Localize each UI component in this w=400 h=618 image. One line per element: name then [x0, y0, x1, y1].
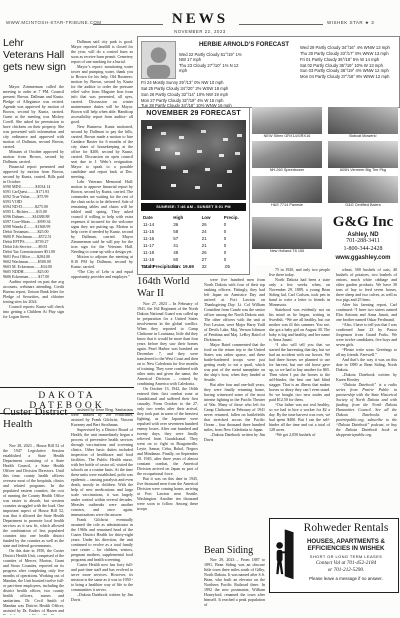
equipment-caption: NH-260 Speedrower — [252, 168, 322, 172]
table-row: 11-14 36 26 0 — [141, 221, 246, 228]
forecast-title: HERBIE ARNOLD’S FORECAST — [178, 42, 310, 48]
body-paragraph: Mayor Zimmerman called the meeting to or… — [3, 84, 64, 149]
forecast-line: Wed 22 Partly Cloudy 51°/19° 1% NW 17 mp… — [179, 52, 247, 63]
forecast-line: Thu 30 Partly Cloudy 33°/17° 8% WNW 13 m… — [300, 51, 397, 56]
equipment-photo — [252, 176, 322, 203]
gg-company-name: G&G Inc — [328, 215, 398, 230]
equipment-caption: H&S 7714 Panesie — [252, 203, 322, 207]
table-row: 11-16 57 21 0 — [141, 235, 246, 242]
equipment-caption: NEW Sitrex GRX14/GRX16 — [252, 134, 322, 138]
equipment-photo-cell: NH-260 Speedrower — [252, 141, 322, 172]
cell-high: 36 — [173, 222, 201, 227]
body-paragraph: Auditor reported on past due avg account… — [3, 279, 64, 304]
map-title: NOVEMBER 29 FORECAST — [138, 110, 249, 117]
rohweder-line-1: HOUSES, APARTMENTS & EFFICIENCIES IN WIS… — [296, 538, 396, 552]
body-paragraph: Dallman said city park is good. Mayor re… — [71, 39, 133, 64]
col-header-low: Low — [202, 215, 224, 220]
body-paragraph: Nov 28, 2023 – House Bill 52 of the 1947… — [3, 443, 64, 548]
forecast-line: Mon 04 Partly Cloudy 37°/18° 8% WNW 12 m… — [300, 74, 397, 79]
masthead-rule-left — [93, 24, 163, 25]
forecast-map-box: NOVEMBER 29 FORECAST SUNRISE: 7:46 AM - … — [137, 107, 250, 275]
climate-table-header: Date High Low Precip. — [141, 214, 246, 221]
cell-precip: 0 — [224, 250, 244, 255]
climate-table: Date High Low Precip. 11-14 36 26 0 11-1… — [141, 214, 246, 270]
body-paragraph: Lehr Veterans Memorial Hall: motion to a… — [71, 179, 133, 254]
cell-low: 26 — [202, 250, 224, 255]
body-paragraph: “We got 2,050 bushels of — [269, 432, 330, 437]
cell-high: 57 — [173, 236, 201, 241]
cell-low: 21 — [202, 236, 224, 241]
tractor-photo-cell: New Holland T8 155 — [252, 217, 322, 253]
bean-column-start: Nov 29, 2023 – From 1887 to 1891, Bean S… — [204, 557, 265, 615]
cell-high: 41 — [173, 243, 201, 248]
portrait-avatar-icon — [142, 42, 175, 78]
cell-precip: 0 — [224, 229, 244, 234]
equipment-photo — [328, 141, 398, 168]
total-precipitation: Total Precipitation: 19.69 — [141, 264, 194, 269]
equipment-photo-cell: H&S 7714 Panesie — [252, 176, 322, 207]
forecast-line: Fri 24 Mostly Sunny 29°/13° 0% NW 10 mph — [141, 80, 273, 85]
lehr-headline: Lehr Veterans Hall gets new sign — [3, 38, 67, 73]
cell-low: 27 — [202, 257, 224, 262]
rohweder-phone-line-2: or 701-212-5290. — [296, 567, 396, 574]
body-paragraph: Minutes of October approved by motion fr… — [3, 149, 64, 164]
cell-low: 26 — [202, 222, 224, 227]
body-paragraph: Nov 29, 2023 – From 1887 to 1891, Bean S… — [204, 557, 265, 607]
body-paragraph: Custer Health now has forty full- and pa… — [71, 562, 133, 592]
map-temperature-labels — [147, 126, 152, 129]
tractor-photo — [252, 217, 322, 249]
body-paragraph: “Our father was not real healthy, so we … — [269, 402, 330, 432]
war-column-2: were five hundred men from North Dakota … — [204, 277, 265, 542]
body-paragraph: Frank Gilchrist eventually assumed the r… — [71, 517, 133, 562]
war-column-1: Nov 27, 2023 – In February of 1941, the … — [137, 301, 198, 614]
body-paragraph: Financial report presented and approved … — [3, 164, 64, 184]
equipment-photo-cell: NEW Sitrex GRX14/GRX16 — [252, 107, 322, 138]
section-title: NEWS — [158, 11, 242, 28]
rohweder-rentals-ad: Rohweder Rentals HOUSES, APARTMENTS & EF… — [269, 518, 399, 593]
body-paragraph: were five hundred men from North Dakota … — [204, 277, 265, 342]
cell-precip: 0 — [224, 257, 244, 262]
issue-date: NOVEMBER 22, 2023 — [158, 29, 242, 34]
forecaster-photo — [141, 41, 176, 79]
equipment-photo-cell: G&G Certified Balers — [328, 176, 398, 207]
body-paragraph: assisted by Irene Berg. Sanitarians were… — [71, 407, 133, 427]
forecast-lines-left: Wed 22 Partly Cloudy 51°/19° 1% NW 17 mp… — [179, 52, 247, 74]
forecast-line: Fri 01 Partly Cloudy 36°/18° 5% W 14 mph — [300, 57, 397, 62]
gg-phone-2: 1-800-344-2428 — [328, 246, 398, 254]
body-paragraph: And that’s the way it was on this date i… — [336, 357, 397, 372]
table-row: 11-19 60 27 0 — [141, 256, 246, 263]
forecast-line: Sat 02 Partly Cloudy 36°/19° 10% W 13 mp… — [300, 63, 397, 68]
forecast-line: Mon 27 Partly Cloudy 32°/19° 4% W 15 mph — [141, 98, 273, 103]
equipment-photo — [252, 107, 322, 134]
body-paragraph: New Business: Kuntz motioned, second by … — [71, 124, 133, 179]
cell-high: 58 — [173, 229, 201, 234]
sunrise-sunset-bar: SUNRISE: 7:46 AM - SUNSET 5:01 PM — [141, 203, 246, 211]
cell-low: 21 — [202, 243, 224, 248]
cell-high: 48 — [173, 250, 201, 255]
equipment-caption: G&G Certified Balers — [328, 203, 398, 207]
custer-column-2: assisted by Irene Berg. Sanitarians were… — [71, 407, 133, 615]
body-paragraph: North Dakota had been a state only a few… — [269, 277, 330, 307]
bean-headline: Bean Siding — [204, 545, 266, 556]
col-header-high: High — [173, 215, 201, 220]
body-paragraph: “The City of Lehr is and equal opportuni… — [71, 269, 133, 279]
cell-precip: 0 — [224, 236, 244, 241]
equipment-caption: Bobcat Mowers! — [328, 134, 398, 138]
body-paragraph: –Dakota Datebook written by Jim Davis — [71, 592, 133, 602]
table-row: 11-17 41 21 0 — [141, 242, 246, 249]
body-paragraph: “Please write soon. Greetings to all my … — [336, 347, 397, 357]
bean-column-1: 75 in 1920, and only two people live the… — [269, 267, 330, 516]
body-paragraph: “Dakota Datebook” is a radio series from… — [336, 382, 397, 437]
body-paragraph: Council reports: Kuntz will check into g… — [3, 304, 64, 319]
table-row: 11-18 48 26 0 — [141, 249, 246, 256]
gg-phone-1: 701-288-3411 — [328, 238, 398, 246]
forecast-line: Sat 25 Partly Cloudy 34°/20° 2% WSW 18 m… — [141, 86, 273, 91]
forecast-box: HERBIE ARNOLD’S FORECAST Wed 22 Partly C… — [137, 36, 400, 108]
body-paragraph: On October 13, 1942, the 164th entered t… — [137, 386, 198, 476]
war-headline: 164th World War II — [137, 276, 201, 300]
body-paragraph: On this date in 1950, the Custer Distric… — [3, 548, 64, 615]
rohweder-line-2: SHORT OR LONG TERM LEASES — [296, 554, 396, 559]
body-paragraph: Statehood was evidently not on his mind … — [269, 307, 330, 342]
forecast-lines-bottom: Fri 24 Mostly Sunny 29°/13° 0% NW 10 mph… — [141, 80, 273, 109]
door-person-icon — [273, 527, 295, 585]
gg-equipment-ad: NEW Sitrex GRX14/GRX16 Bobcat Mowers! NH… — [252, 107, 398, 265]
cell-date: 11-15 — [143, 229, 173, 234]
rohweder-title: Rohweder Rentals — [296, 522, 396, 534]
cell-low: 32 — [202, 264, 224, 269]
gg-contact-block: G&G Inc Ashley, ND 701-288-3411 1-800-34… — [328, 215, 398, 261]
equipment-caption: 605N Vermeer Big Tire Pkg — [328, 168, 398, 172]
cell-date: 11-17 — [143, 243, 173, 248]
custer-column-1: Nov 28, 2023 – House Bill 52 of the 1947… — [3, 443, 64, 615]
col-header-date: Date — [143, 215, 173, 220]
cell-high: 60 — [173, 257, 201, 262]
body-paragraph: –Dakota Datebook written by Karen Horsle… — [336, 372, 397, 382]
cell-date: 11-16 — [143, 236, 173, 241]
masthead-website: WWW.MCINTOSH-STAR-TRIBUNE.COM — [6, 20, 101, 25]
body-paragraph: Nov 27, 2023 – In February of 1941, the … — [137, 301, 198, 386]
forecast-line: Wed 29 Partly Cloudy 34°/16° 4% WNW 13 m… — [300, 45, 397, 50]
col-header-precip: Precip. — [224, 215, 244, 220]
cell-date: 11-18 — [143, 250, 173, 255]
forecast-line: Sun 03 Partly Cloudy 36°/19° 4% WNW 12 m… — [300, 68, 397, 73]
forecast-line: Thu 23 Cloudy 27°/10° 1% N 12 mph — [179, 63, 247, 74]
body-paragraph: 75 in 1920, and only two people live the… — [269, 267, 330, 277]
masthead-rule-right — [239, 24, 323, 25]
bills-list: 6590 MDU..............$1034.146591 CarQu… — [3, 184, 64, 279]
forecast-lines-right: Wed 29 Partly Cloudy 34°/16° 4% WNW 13 m… — [300, 45, 397, 80]
body-paragraph: “I also will tell you that we started th… — [269, 342, 330, 402]
body-paragraph: –Dakota Datebook written by Jim Davis — [204, 432, 265, 442]
body-paragraph: “Also, I have to tell you that I was con… — [336, 322, 397, 347]
body-paragraph: Mayor’s report: monitoring water tower a… — [71, 64, 133, 124]
equipment-photo-cell: Bobcat Mowers! — [328, 107, 398, 138]
gg-website: www.ggashley.com — [328, 255, 398, 261]
equipment-photo — [252, 141, 322, 168]
body-paragraph: But after four and one-half years, they … — [204, 382, 265, 432]
cell-date: 11-19 — [143, 257, 173, 262]
tractor-caption: New Holland T8 155 — [252, 249, 322, 253]
rohweder-contact: Contact Val at 701-452-2184 or 701-212-5… — [296, 560, 396, 573]
forecast-line: Sun 26 Partly Cloudy 32°/14° 10% NW 19 m… — [141, 92, 273, 97]
masthead-page-number: WISHEK STAR ★ 3 — [327, 20, 374, 26]
lehr-column-2: Dallman said city park is good. Mayor re… — [71, 39, 133, 385]
cell-precip: 0 — [224, 243, 244, 248]
cell-precip: .05 — [224, 264, 244, 269]
newspaper-page: WWW.MCINTOSH-STAR-TRIBUNE.COM NEWS NOVEM… — [0, 0, 400, 618]
body-paragraph: Motion to adjourn the meeting at 8:10 PM… — [71, 254, 133, 269]
equipment-photo-cell: 605N Vermeer Big Tire Pkg — [328, 141, 398, 172]
cell-date: 11-14 — [143, 222, 173, 227]
cell-precip: 0 — [224, 222, 244, 227]
us-weather-map — [141, 120, 246, 200]
custer-headline: Custer District Health — [3, 406, 73, 431]
equipment-photo — [328, 176, 398, 203]
body-paragraph: wheat, 500 bushels of oats, 40 bushels o… — [336, 267, 397, 302]
body-paragraph: Supervised by a District Board of Health… — [71, 427, 133, 517]
lehr-column-1: Mayor Zimmerman called the meeting to or… — [3, 84, 64, 385]
body-paragraph: Major Baird commented that the food on t… — [204, 342, 265, 382]
masthead-center: NEWS NOVEMBER 22, 2023 — [158, 11, 242, 34]
equipment-photo — [328, 107, 398, 134]
body-paragraph: But it was on this date in 1945, five th… — [137, 476, 198, 511]
table-row: 11-15 58 24 0 — [141, 228, 246, 235]
body-paragraph: After his farming report, Carl continued… — [336, 302, 397, 322]
cell-low: 24 — [202, 229, 224, 234]
rohweder-message-note: Please leave a message if no answer. — [296, 576, 396, 581]
bean-column-2: wheat, 500 bushels of oats, 40 bushels o… — [336, 267, 397, 512]
